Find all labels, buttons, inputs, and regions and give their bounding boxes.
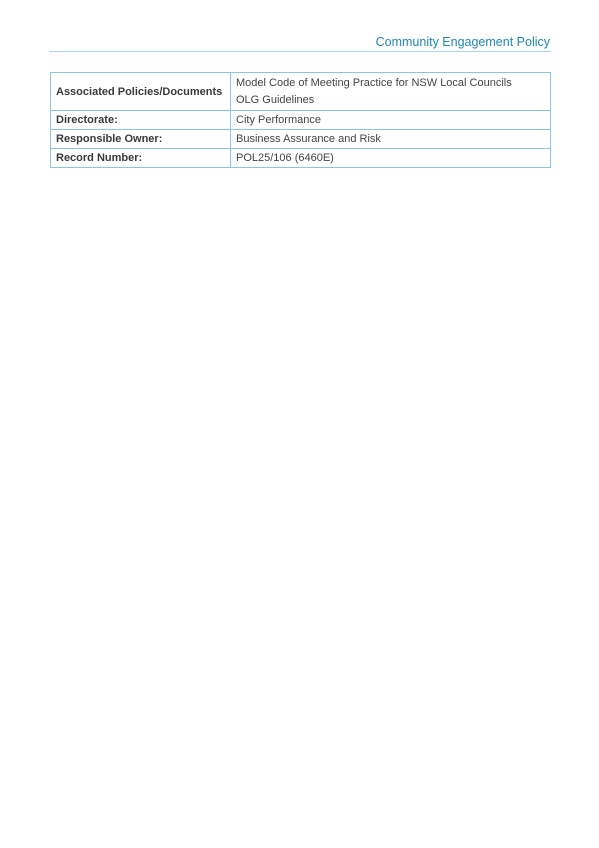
page-header: Community Engagement Policy [49, 34, 551, 52]
row-value: City Performance [231, 111, 551, 130]
row-label: Record Number: [51, 149, 231, 168]
document-title: Community Engagement Policy [376, 35, 550, 49]
table-row: Responsible Owner: Business Assurance an… [51, 130, 551, 149]
row-label: Responsible Owner: [51, 130, 231, 149]
row-value: POL25/106 (6460E) [231, 149, 551, 168]
associated-document: OLG Guidelines [236, 92, 545, 109]
table-row: Record Number: POL25/106 (6460E) [51, 149, 551, 168]
row-label: Associated Policies/Documents [51, 73, 231, 111]
associated-document: Model Code of Meeting Practice for NSW L… [236, 75, 545, 92]
table-row: Associated Policies/Documents Model Code… [51, 73, 551, 111]
policy-details-table: Associated Policies/Documents Model Code… [50, 72, 551, 168]
row-value: Model Code of Meeting Practice for NSW L… [231, 73, 551, 111]
table-row: Directorate: City Performance [51, 111, 551, 130]
row-value: Business Assurance and Risk [231, 130, 551, 149]
row-label: Directorate: [51, 111, 231, 130]
